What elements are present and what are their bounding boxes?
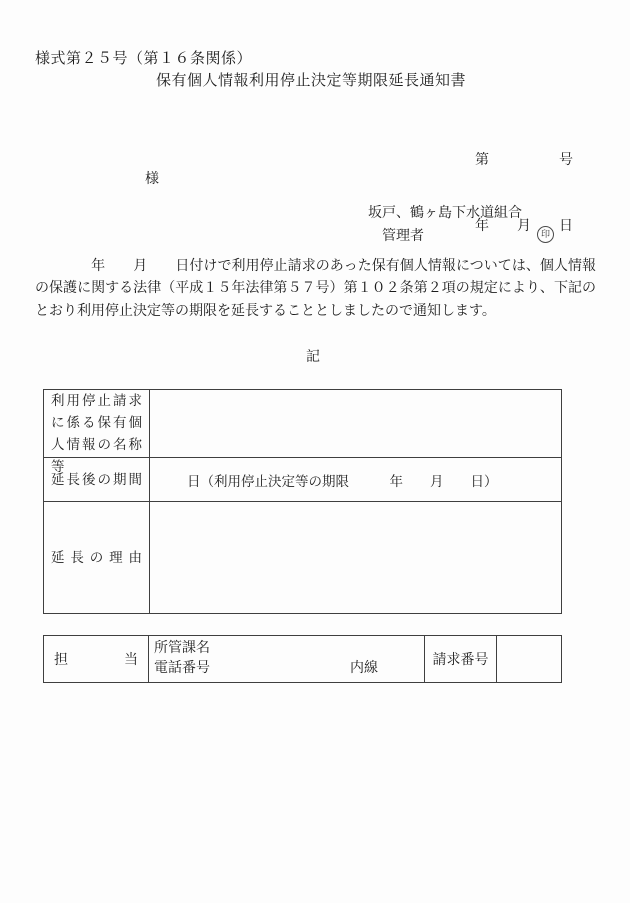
issuer-organization: 坂戸、鶴ヶ島下水道組合 <box>368 202 522 222</box>
row-label-extended-period: 延長後の期間 <box>51 469 142 491</box>
form-number: 様式第２５号（第１６条関係） <box>35 47 252 68</box>
table-row: 延長の理由 <box>44 501 561 613</box>
page-title: 保有個人情報利用停止決定等期限延長通知書 <box>0 69 622 90</box>
table-row: 利用停止請求に係る保有個人情報の名称等 <box>44 390 561 457</box>
staff-label: 担当 <box>54 649 138 669</box>
document-number-line: 第 号 <box>475 150 573 172</box>
addressee-honorific: 様 <box>145 168 159 188</box>
issuer-title: 管理者 <box>382 225 424 245</box>
division-phone-cell: 所管課名 電話番号内線 <box>148 636 424 682</box>
request-number-label: 請求番号 <box>433 649 489 669</box>
request-number-value-cell <box>496 636 561 682</box>
row-value-extended-period: 日（利用停止決定等の期限 年 月 日） <box>150 458 561 501</box>
row-label-extension-reason: 延長の理由 <box>51 547 142 569</box>
seal-icon: 印 <box>537 226 554 243</box>
row-label-cell: 延長後の期間 <box>44 458 150 501</box>
phone-label: 電話番号 <box>154 661 210 676</box>
row-value-extension-reason <box>150 502 561 613</box>
contact-table: 担当 所管課名 電話番号内線 請求番号 <box>43 635 562 683</box>
extension-label: 内線 <box>350 659 378 679</box>
row-label-cell: 延長の理由 <box>44 502 150 613</box>
record-marker: 記 <box>0 346 626 366</box>
table-row: 延長後の期間 日（利用停止決定等の期限 年 月 日） <box>44 457 561 501</box>
request-number-label-cell: 請求番号 <box>424 636 496 682</box>
division-label: 所管課名 <box>154 639 424 659</box>
notification-paragraph: 年 月 日付けで利用停止請求のあった保有個人情報については、個人情報の保護に関す… <box>35 256 596 323</box>
staff-cell: 担当 <box>44 636 148 682</box>
main-table: 利用停止請求に係る保有個人情報の名称等 延長後の期間 日（利用停止決定等の期限 … <box>43 389 562 614</box>
document-page: 様式第２５号（第１６条関係） 保有個人情報利用停止決定等期限延長通知書 第 号 … <box>0 0 630 903</box>
phone-line: 電話番号内線 <box>154 659 424 679</box>
